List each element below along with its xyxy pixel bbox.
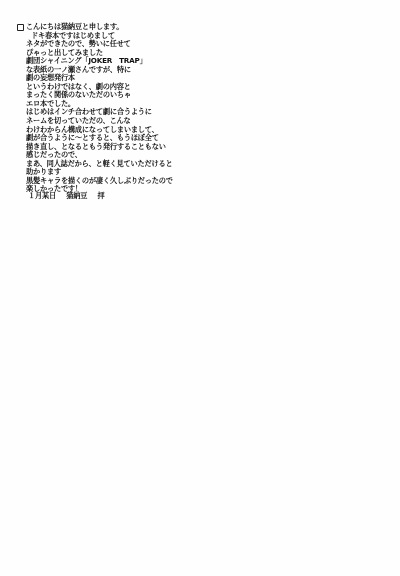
afterword-text-block: こんにちは猫納豆と申します。 ドキ春本ですはじめまして ネタができたので、勢いに… <box>17 23 197 194</box>
signature-author: 猫納豆 <box>66 191 87 200</box>
signature-date: １月某日 <box>28 191 56 200</box>
signature: １月某日 猫納豆 拝 <box>28 191 113 201</box>
square-bullet-icon <box>17 24 24 31</box>
afterword-lines: こんにちは猫納豆と申します。 ドキ春本ですはじめまして ネタができたので、勢いに… <box>26 23 197 194</box>
signature-closing: 拝 <box>98 191 105 200</box>
document-page: こんにちは猫納豆と申します。 ドキ春本ですはじめまして ネタができたので、勢いに… <box>0 0 400 576</box>
